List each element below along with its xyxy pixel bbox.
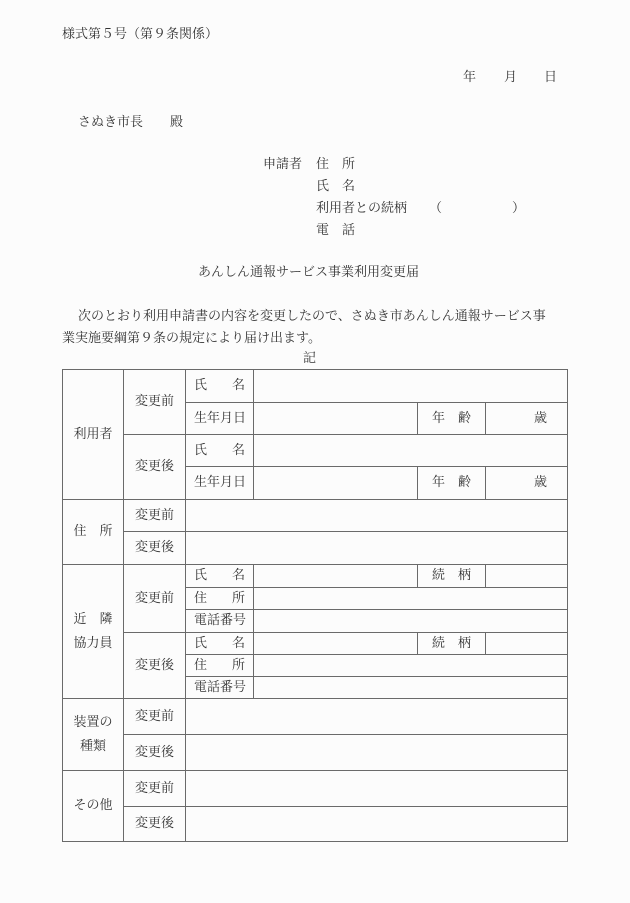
user-before-age-label: 年 齢 — [418, 403, 486, 435]
user-after-age-field[interactable]: 歳 — [486, 467, 568, 500]
neighbor-before-name-label: 氏名 — [186, 565, 254, 588]
user-after-birth-label: 生年月日 — [186, 467, 254, 500]
user-after-label: 変更後 — [124, 435, 186, 500]
neighbor-after-phone-label: 電話番号 — [186, 677, 254, 699]
relation-close-paren: ） — [512, 201, 525, 217]
form-number: 様式第５号（第９条関係） — [62, 27, 218, 43]
device-before-label: 変更前 — [124, 699, 186, 735]
other-after-field[interactable] — [186, 807, 568, 842]
label-char: 氏 — [194, 443, 207, 459]
user-after-age-label: 年 齢 — [418, 467, 486, 500]
address-after-field[interactable] — [186, 532, 568, 565]
date-year-label: 年 — [463, 70, 476, 86]
label-char: 氏 — [194, 636, 207, 652]
label-char: 所 — [232, 591, 245, 607]
label-char: 住 — [194, 591, 207, 607]
user-section-label: 利用者 — [63, 370, 124, 500]
neighbor-after-name-field[interactable] — [254, 633, 418, 655]
neighbor-after-label: 変更後 — [124, 633, 186, 699]
neighbor-after-name-label: 氏名 — [186, 633, 254, 655]
document-title: あんしん通報サービス事業利用変更届 — [198, 265, 419, 281]
address-section-label: 住 所 — [63, 500, 124, 565]
neighbor-before-address-field[interactable] — [254, 588, 568, 610]
label-char: 氏 — [194, 568, 207, 584]
neighbor-after-relation-label: 続 柄 — [418, 633, 486, 655]
device-label-line2: 種類 — [63, 735, 123, 759]
device-section-label: 装置の 種類 — [63, 699, 124, 771]
neighbor-section-label: 近 隣 協力員 — [63, 565, 124, 699]
label-char: 名 — [232, 568, 245, 584]
other-before-field[interactable] — [186, 771, 568, 807]
user-after-name-label: 氏名 — [186, 435, 254, 467]
device-label-line1: 装置の — [63, 711, 123, 735]
user-before-birth-field[interactable] — [254, 403, 418, 435]
user-after-name-field[interactable] — [254, 435, 568, 467]
neighbor-before-phone-field[interactable] — [254, 610, 568, 633]
addressee: さぬき市長 — [78, 115, 143, 131]
neighbor-after-relation-field[interactable] — [486, 633, 568, 655]
neighbor-before-address-label: 住所 — [186, 588, 254, 610]
body-text-line2: 業実施要綱第９条の規定により届け出ます。 — [62, 331, 321, 347]
neighbor-label-line1: 近 隣 — [63, 608, 123, 632]
address-before-field[interactable] — [186, 500, 568, 532]
body-text-line1: 次のとおり利用申請書の内容を変更したので、さぬき市あんしん通報サービス事 — [78, 309, 546, 325]
user-before-label: 変更前 — [124, 370, 186, 435]
applicant-phone-label: 電 話 — [316, 223, 355, 239]
neighbor-after-address-field[interactable] — [254, 655, 568, 677]
neighbor-before-label: 変更前 — [124, 565, 186, 633]
neighbor-before-relation-label: 続 柄 — [418, 565, 486, 588]
label-char: 名 — [232, 636, 245, 652]
neighbor-after-address-label: 住所 — [186, 655, 254, 677]
other-before-label: 変更前 — [124, 771, 186, 807]
neighbor-before-name-field[interactable] — [254, 565, 418, 588]
neighbor-before-relation-field[interactable] — [486, 565, 568, 588]
label-char: 氏 — [194, 378, 207, 394]
device-before-field[interactable] — [186, 699, 568, 735]
user-before-birth-label: 生年月日 — [186, 403, 254, 435]
user-after-birth-field[interactable] — [254, 467, 418, 500]
honorific: 殿 — [170, 115, 183, 131]
label-char: 名 — [232, 443, 245, 459]
date-day-label: 日 — [544, 70, 557, 86]
applicant-label: 申請者 — [263, 157, 302, 173]
device-after-field[interactable] — [186, 735, 568, 771]
label-char: 名 — [232, 378, 245, 394]
other-after-label: 変更後 — [124, 807, 186, 842]
neighbor-after-phone-field[interactable] — [254, 677, 568, 699]
user-before-age-field[interactable]: 歳 — [486, 403, 568, 435]
address-before-label: 変更前 — [124, 500, 186, 532]
applicant-address-label: 住 所 — [316, 157, 355, 173]
device-after-label: 変更後 — [124, 735, 186, 771]
neighbor-before-phone-label: 電話番号 — [186, 610, 254, 633]
label-char: 住 — [194, 658, 207, 674]
address-after-label: 変更後 — [124, 532, 186, 565]
relation-open-paren: （ — [429, 201, 442, 217]
date-month-label: 月 — [504, 70, 517, 86]
neighbor-label-line2: 協力員 — [63, 632, 123, 656]
ki-label: 記 — [303, 351, 316, 367]
label-char: 所 — [232, 658, 245, 674]
change-form-table: 利用者 変更前 氏名 生年月日 年 齢 歳 変更後 氏名 生年月日 年 齢 歳 … — [62, 369, 568, 842]
applicant-relation-label: 利用者との続柄 — [316, 201, 407, 217]
applicant-name-label: 氏 名 — [316, 179, 355, 195]
user-before-name-field[interactable] — [254, 370, 568, 403]
other-section-label: その他 — [63, 771, 124, 842]
user-before-name-label: 氏名 — [186, 370, 254, 403]
